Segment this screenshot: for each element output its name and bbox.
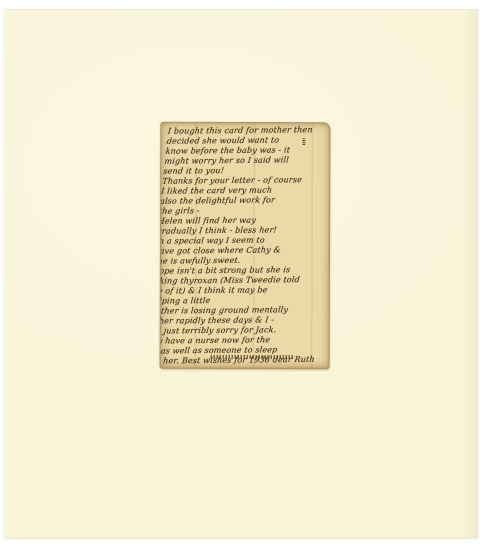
mount-paper: I bought this card for mother then decid… [4, 9, 478, 538]
scanned-page: I bought this card for mother then decid… [0, 0, 483, 550]
handwriting: I bought this card for mother then decid… [160, 125, 328, 367]
illegible-printed-line [211, 355, 295, 359]
ink-smudge-mark [302, 138, 305, 145]
handwritten-card: I bought this card for mother then decid… [160, 122, 331, 370]
